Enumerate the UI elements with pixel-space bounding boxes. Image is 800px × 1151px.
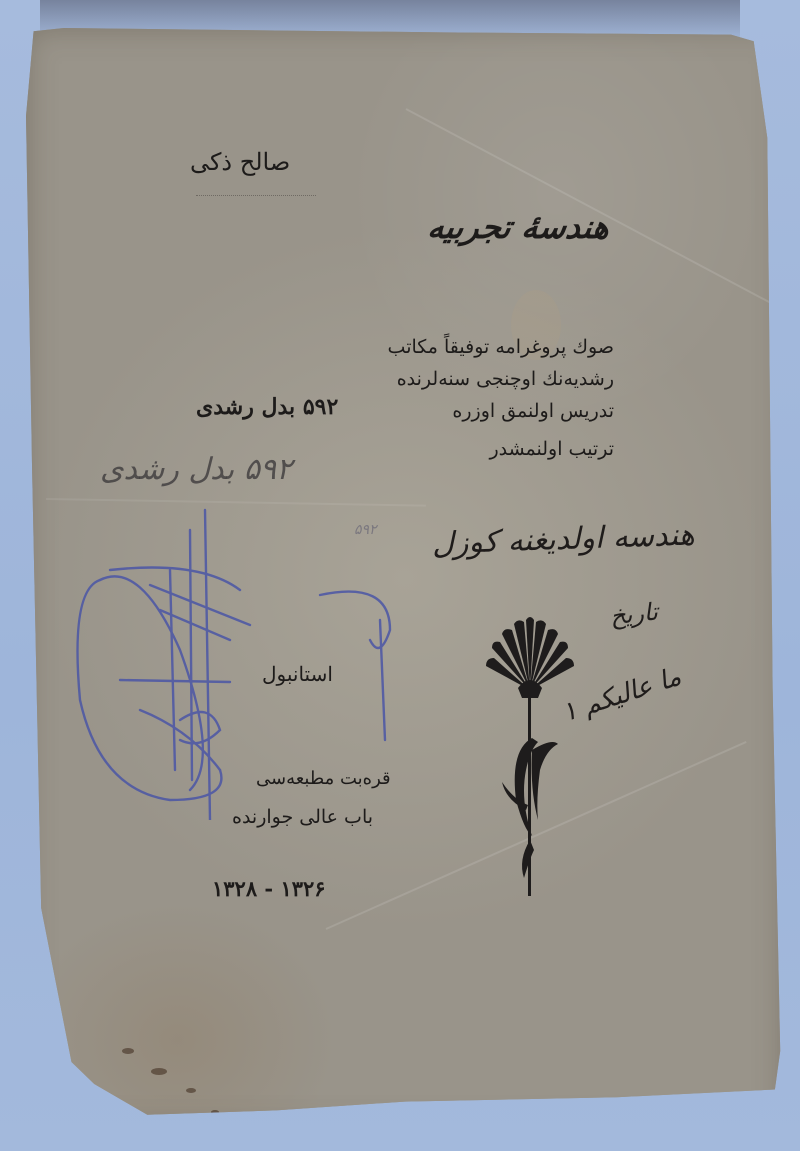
description-line: ترتیب اولنمشدر — [489, 440, 614, 459]
publication-years: ۱۳۲۸ - ۱۳۲۶ — [212, 876, 326, 901]
flower-ornament-icon — [480, 610, 580, 905]
book-title: هندسهٔ تجربیه — [425, 208, 612, 246]
shelf-mark: ۵۹۲ بدل رشدی — [196, 394, 338, 420]
description-line: رشدیه‌نك اوچنجی سنه‌لرنده — [397, 370, 614, 389]
description-line: صوك پروغرامه توفیقاً مکاتب — [388, 338, 614, 357]
description-line: تدریس اولنمق اوزره — [452, 402, 614, 421]
blue-ink-stamp-scribble — [60, 500, 420, 820]
author-underline — [196, 195, 316, 196]
handwritten-note: تاریخ — [609, 598, 659, 631]
pencil-shelf-mark: ۵۹۲ بدل رشدی — [100, 452, 292, 487]
stain-spot — [186, 1088, 196, 1093]
stain-spot — [122, 1048, 134, 1054]
stain-spot — [151, 1068, 167, 1075]
author-name: صالح ذكى — [190, 148, 290, 176]
